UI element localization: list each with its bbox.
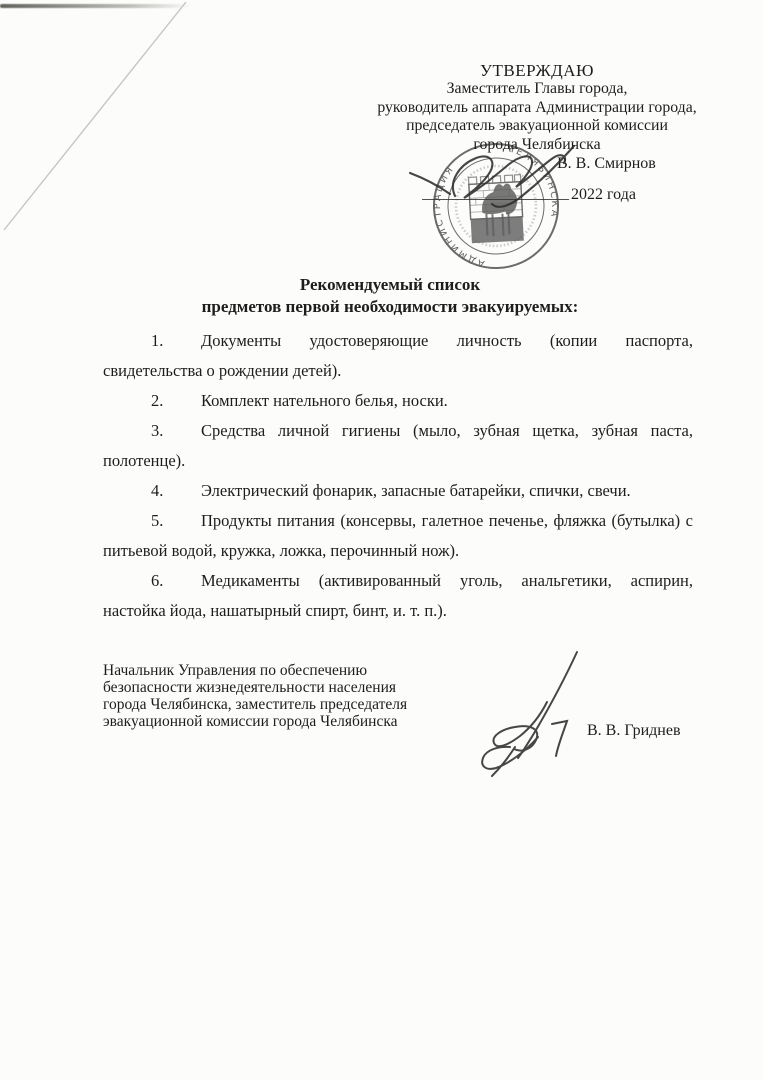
- signoff-line: эвакуационной комиссии города Челябинска: [103, 713, 503, 730]
- list-item-text: Электрический фонарик, запасные батарейк…: [201, 481, 631, 500]
- list-item-number: 4.: [151, 476, 201, 506]
- list-item-text: Комплект нательного белья, носки.: [201, 391, 448, 410]
- approval-heading: УТВЕРЖДАЮ: [347, 62, 727, 80]
- list-item-number: 6.: [151, 566, 201, 596]
- list-item: 1.Документы удостоверяющие личность (коп…: [103, 326, 693, 386]
- approval-line: Заместитель Главы города,: [347, 80, 727, 98]
- smirnov-signature: [400, 135, 640, 225]
- signoff-line: безопасности жизнедеятельности населения: [103, 679, 503, 696]
- signoff-line: города Челябинска, заместитель председат…: [103, 696, 503, 713]
- list-item: 3.Средства личной гигиены (мыло, зубная …: [103, 416, 693, 476]
- approval-line: председатель эвакуационной комиссии: [347, 117, 727, 135]
- essential-items-list: 1.Документы удостоверяющие личность (коп…: [103, 326, 693, 626]
- list-item: 5.Продукты питания (консервы, галетное п…: [103, 506, 693, 566]
- signoff-position-block: Начальник Управления по обеспечению безо…: [103, 662, 503, 730]
- document-title-line2: предметов первой необходимости эвакуируе…: [60, 296, 720, 318]
- list-item: 2.Комплект нательного белья, носки.: [103, 386, 693, 416]
- signoff-line: Начальник Управления по обеспечению: [103, 662, 503, 679]
- approval-line: руководитель аппарата Администрации горо…: [347, 99, 727, 117]
- gridnev-signature: [450, 640, 610, 780]
- list-item-number: 3.: [151, 416, 201, 446]
- list-item: 6.Медикаменты (активированный уголь, ана…: [103, 566, 693, 626]
- list-item-number: 2.: [151, 386, 201, 416]
- list-item-number: 1.: [151, 326, 201, 356]
- scanned-document-page: АДМИНИСТРАЦИЯ ЧЕЛЯБИНСКА: [0, 0, 763, 1080]
- list-item-number: 5.: [151, 506, 201, 536]
- document-title-line1: Рекомендуемый список: [60, 274, 720, 296]
- document-title: Рекомендуемый список предметов первой не…: [60, 274, 720, 318]
- list-item: 4.Электрический фонарик, запасные батаре…: [103, 476, 693, 506]
- signoff-signer-name: В. В. Гриднев: [587, 722, 681, 740]
- scan-edge-smudge: [0, 4, 190, 8]
